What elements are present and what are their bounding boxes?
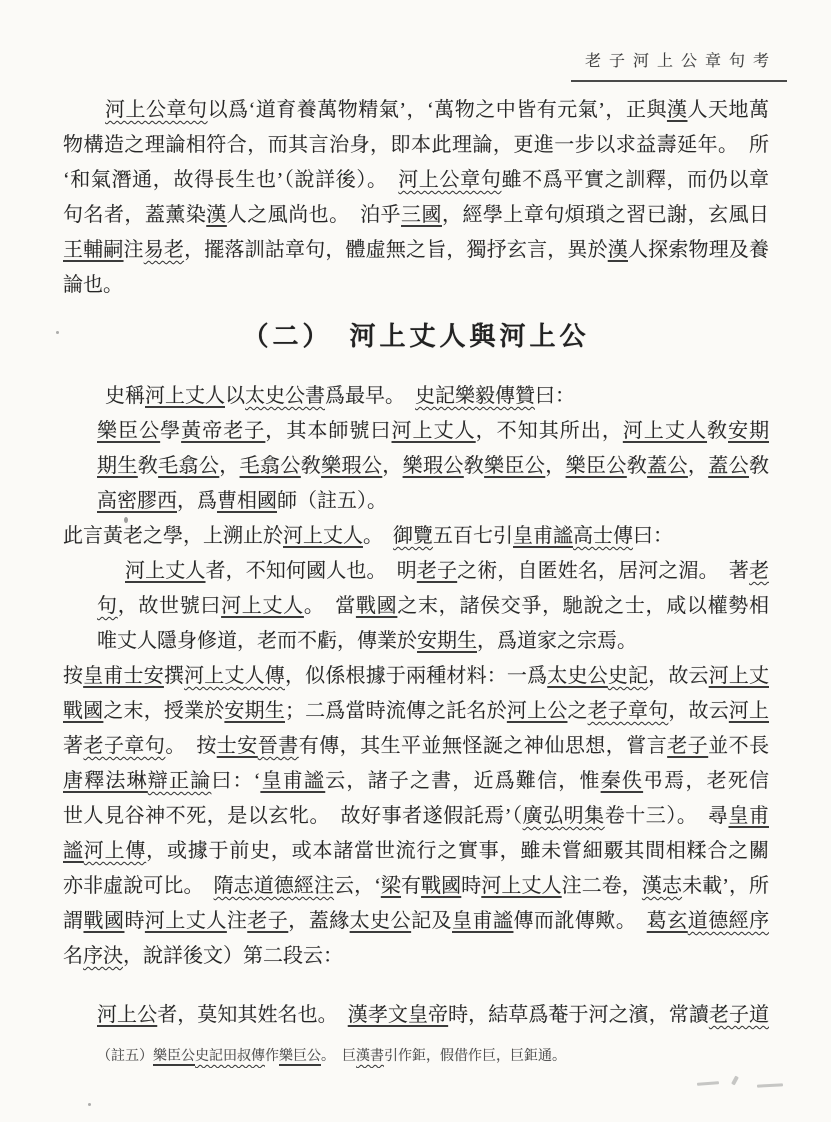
text-run: 者，莫知其姓名也。	[157, 1004, 348, 1026]
section-body: 史稱河上丈人以太史公書爲最早。 史記樂毅傳贊曰：樂臣公學黃帝老子，其本師號曰河上…	[63, 379, 769, 1033]
text-run: ，	[688, 455, 708, 477]
proper-noun-mark: 樂瑕公	[403, 455, 464, 477]
text-run: 五百七引	[433, 525, 513, 547]
proper-noun-mark: 秦佚	[601, 770, 643, 792]
proper-noun-mark: 蓋公	[708, 455, 749, 477]
running-head-title: 老子河上公章句考	[571, 48, 787, 82]
text-run: 。 按	[165, 735, 216, 757]
text-run: 唯丈人隱身修道，老而不虧，傳業於	[97, 630, 417, 652]
text-run: 亦非虛說可比。	[63, 875, 214, 897]
book-title-mark: 漢志	[642, 875, 682, 897]
text-line: ‘和氣潛通，故得長生也’（說詳後）。 河上公章句雖不爲平實之訓釋，而仍以章	[63, 163, 769, 198]
proper-noun-mark: 河上丈人	[221, 595, 304, 617]
proper-noun-mark: 皇甫謐	[513, 525, 573, 547]
text-run: 傳而訛傳歟。	[513, 910, 646, 932]
proper-noun-mark: 樂瑕公	[321, 455, 382, 477]
text-line: 唯丈人隱身修道，老而不虧，傳業於安期生，爲道家之宗焉。	[97, 624, 769, 659]
proper-noun-mark: 安期生	[417, 630, 477, 652]
proper-noun-mark: 漢孝文皇帝	[348, 1004, 448, 1026]
text-line: 期生敎毛翕公，毛翕公敎樂瑕公，樂瑕公敎樂臣公，樂臣公敎蓋公，蓋公敎於齊	[97, 449, 769, 484]
text-run: 。 當	[304, 595, 356, 617]
text-run: 按	[63, 665, 83, 687]
proper-noun-mark: 河上丈人	[481, 875, 561, 897]
text-run: 卷十三）。 尋	[605, 805, 729, 827]
text-run: 之	[567, 700, 587, 722]
book-title-mark: 高士傳	[573, 525, 633, 547]
proper-noun-mark: 皇甫謐	[260, 770, 325, 792]
book-title-mark: 廣弘明集	[523, 805, 605, 827]
proper-noun-mark: 高密膠西	[97, 490, 177, 512]
book-title-mark: 史記田叔傳	[195, 1049, 265, 1064]
book-title-mark: 易老	[144, 239, 184, 261]
scan-speck	[124, 517, 128, 523]
book-title-mark: 老子章句	[83, 735, 165, 757]
book-title-mark: 隋志道德經注	[214, 875, 334, 897]
text-run: ；二爲當時流傳之託名於	[285, 700, 507, 722]
book-title-mark: 河上公章句	[105, 99, 208, 121]
text-run: （註五）	[97, 1049, 153, 1064]
proper-noun-mark: 安期生	[224, 700, 285, 722]
text-run: 曰：	[633, 525, 673, 547]
text-run: 以	[225, 385, 245, 407]
proper-noun-mark: 王輔嗣	[63, 239, 124, 261]
proper-noun-mark: 河上丈人	[283, 525, 363, 547]
proper-noun-mark: 士安	[217, 735, 258, 757]
text-run: 爲最早。	[325, 385, 415, 407]
text-run: 作	[265, 1049, 279, 1064]
text-run: 敎	[627, 455, 647, 477]
proper-noun-mark: 樂臣公	[566, 455, 627, 477]
text-run: ‘和氣潛通，故得長生也’（說詳後）。	[63, 169, 398, 191]
text-line: （註五）樂臣公史記田叔傳作樂巨公。 巨漢書引作鉅，假借作巨，巨鉅通。	[97, 1046, 737, 1068]
text-line: 亦非虛說可比。 隋志道德經注云，‘梁有戰國時河上丈人注二卷，漢志未載’，所	[63, 869, 769, 904]
text-run: 曰：‘	[211, 770, 260, 792]
proper-noun-mark: 樂臣公	[97, 420, 160, 442]
text-run: 物構造之理論相符合，而其言治身，即本此理論，更進一步以求益壽延年。 所謂	[63, 134, 769, 163]
text-run: 引作鉅，假借作巨，巨鉅通。	[384, 1049, 566, 1064]
text-line: 謂戰國時河上丈人注老子，蓋緣太史公記及皇甫謐傳而訛傳歟。 葛玄道德經序（原	[63, 904, 769, 939]
page-body: 河上公章句以爲‘道育養萬物精氣’，‘萬物之中皆有元氣’，正與漢人天地萬物構造之理…	[63, 93, 769, 1068]
text-run: 云，諸子之書，近爲難信，惟	[325, 770, 601, 792]
text-line: 樂臣公學黃帝老子，其本師號曰河上丈人，不知其所出，河上丈人敎安期生，安	[97, 414, 769, 449]
text-run: 此言黃老之學，上溯止於	[63, 525, 283, 547]
proper-noun-mark: 樂臣公	[153, 1049, 195, 1064]
scan-speck	[88, 1103, 91, 1106]
text-line: 高密膠西，爲曹相國師（註五）。	[97, 484, 769, 519]
proper-noun-mark: 葛玄	[647, 910, 688, 932]
text-line: 河上公章句以爲‘道育養萬物精氣’，‘萬物之中皆有元氣’，正與漢人天地萬	[63, 93, 769, 128]
text-line: 史稱河上丈人以太史公書爲最早。 史記樂毅傳贊曰：	[63, 379, 769, 414]
text-run: ，似係根據于兩種材料：一爲	[285, 665, 547, 687]
proper-noun-mark: 老子	[417, 560, 457, 582]
text-run: 時	[124, 910, 144, 932]
proper-noun-mark: 戰國	[83, 910, 124, 932]
text-line: 句，故世號曰河上丈人。 當戰國之末，諸侯交爭，馳說之士，咸以權勢相傾。	[97, 589, 769, 624]
text-line: 戰國之末，授業於安期生；二爲當時流傳之託名於河上公之老子章句，故云河上丈人	[63, 694, 769, 729]
text-run: 注二卷，	[562, 875, 642, 897]
text-run: 未載’，所	[682, 875, 769, 897]
proper-noun-mark: 戰國	[356, 595, 397, 617]
book-title-mark: 河上傳	[84, 840, 146, 862]
proper-noun-mark: 梁	[381, 875, 401, 897]
text-run: 曰：	[535, 385, 575, 407]
book-title-mark: 句	[97, 595, 118, 617]
text-line: 按皇甫士安撰河上丈人傳，似係根據于兩種材料：一爲太史公史記，故云河上丈人當	[63, 659, 769, 694]
text-line: 河上丈人者，不知何國人也。 明老子之術，自匿姓名，居河之湄。 著老子章	[97, 554, 769, 589]
proper-noun-mark: 蓋公	[647, 455, 688, 477]
text-line: 王輔嗣注易老，擺落訓詁章句，體虛無之旨，獨抒玄言，異於漢人探索物理及養生之	[63, 233, 769, 268]
text-run: 之術，自匿姓名，居河之湄。 著	[457, 560, 749, 582]
text-line: 物構造之理論相符合，而其言治身，即本此理論，更進一步以求益壽延年。 所謂	[63, 128, 769, 163]
text-run: 敎	[301, 455, 321, 477]
text-run: 記及	[411, 910, 452, 932]
scan-speck	[56, 331, 59, 334]
book-title-mark: 史記樂毅傳贊	[415, 385, 535, 407]
book-title-mark: 辯正論	[148, 770, 212, 792]
text-line: 句名者，蓋薰染漢人之風尚也。 泊乎三國，經學上章句煩瑣之習已謝，玄風日暢。	[63, 198, 769, 233]
text-run: 時	[461, 875, 481, 897]
text-run: 史稱	[105, 385, 145, 407]
text-run: ，	[219, 455, 239, 477]
book-title-mark: 老子章句	[588, 700, 669, 722]
paragraph-intro: 河上公章句以爲‘道育養萬物精氣’，‘萬物之中皆有元氣’，正與漢人天地萬物構造之理…	[63, 93, 769, 303]
text-run: 。 巨	[321, 1049, 356, 1064]
proper-noun-mark: 漢	[608, 239, 628, 261]
text-run: 名	[63, 945, 83, 967]
text-run: ，	[545, 455, 565, 477]
text-run: 句名者，蓋薰染	[63, 204, 206, 226]
proper-noun-mark: 皇甫士安	[83, 665, 164, 687]
section-title: （二） 河上丈人與河上公	[63, 317, 769, 357]
proper-noun-mark: 樂臣公	[484, 455, 545, 477]
text-run: 以爲‘道育養萬物精氣’，‘萬物之中皆有元氣’，正與	[208, 99, 667, 121]
text-run: 。	[363, 525, 393, 547]
book-title-mark: 御覽	[393, 525, 433, 547]
text-run: 時，結草爲菴于河之濱，常讀	[448, 1004, 709, 1026]
proper-noun-mark: 河上丈人	[392, 420, 476, 442]
proper-noun-mark: 期生	[97, 455, 138, 477]
ink-smudge	[731, 1076, 739, 1086]
text-run: ，故云	[668, 700, 729, 722]
text-line: 世人見谷神不死，是以玄牝。 故好事者遂假託焉’（廣弘明集卷十三）。 尋皇甫	[63, 799, 769, 834]
text-run: ，故世號曰	[118, 595, 221, 617]
text-line: 唐釋法琳辯正論曰：‘皇甫謐云，諸子之書，近爲難信，惟秦佚弔焉，老死信矣。	[63, 764, 769, 799]
text-run: ，蓋緣	[288, 910, 349, 932]
proper-noun-mark: 太史公	[350, 910, 411, 932]
text-line: 著老子章句。 按士安晉書有傳，其生平並無怪誕之神仙思想，嘗言老子並不長生。	[63, 729, 769, 764]
text-run: ，	[382, 455, 402, 477]
text-run: 雖不爲平實之訓釋，而仍以章	[501, 169, 769, 191]
text-run: 敎	[464, 455, 484, 477]
text-run: 注	[124, 239, 144, 261]
text-run: 有傳，其生平並無怪誕之神仙思想，嘗言	[299, 735, 667, 757]
book-title-mark: 河上丈人傳	[184, 665, 285, 687]
text-line: 論也。	[63, 268, 769, 303]
proper-noun-mark: 河上丈人	[125, 560, 206, 582]
text-run: 敎	[138, 455, 158, 477]
proper-noun-mark: 河上丈人	[145, 385, 225, 407]
text-run: ，說詳後文）第二段云：	[123, 945, 343, 967]
scanned-book-page: 老子河上公章句考 河上公章句以爲‘道育養萬物精氣’，‘萬物之中皆有元氣’，正與漢…	[0, 0, 831, 1122]
text-run: 世人見谷神不死，是以玄牝。 故好事者遂假託焉’（	[63, 805, 523, 827]
proper-noun-mark: 河上公	[97, 1004, 157, 1026]
text-run: 有	[401, 875, 421, 897]
text-run: ，其本師號曰	[265, 420, 391, 442]
proper-noun-mark: 漢	[206, 204, 226, 226]
proper-noun-mark: 毛翕公	[158, 455, 219, 477]
text-run: 謂	[63, 910, 83, 932]
proper-noun-mark: 皇甫	[728, 805, 769, 827]
text-run: 論也。	[63, 274, 123, 296]
text-run: 人天地萬	[687, 99, 769, 121]
proper-noun-mark: 唐釋法琳	[63, 770, 148, 792]
text-run: 敎	[707, 420, 728, 442]
proper-noun-mark: 老子	[667, 735, 708, 757]
text-line: 謐河上傳，或據于前史，或本諸當世流行之實事，雖未嘗細覈其間相糅合之關係，然	[63, 834, 769, 869]
text-run: 撰	[164, 665, 184, 687]
text-run: 人之風尚也。 泊乎	[227, 204, 401, 226]
proper-noun-mark: 曹相國	[217, 490, 277, 512]
book-title-mark: 序決	[83, 945, 123, 967]
footnote-area: （註五）樂臣公史記田叔傳作樂巨公。 巨漢書引作鉅，假借作巨，巨鉅通。	[63, 1046, 769, 1068]
text-line: 河上公者，莫知其姓名也。 漢孝文皇帝時，結草爲菴于河之濱，常讀老子道德	[97, 998, 769, 1033]
book-title-mark: 漢書	[356, 1049, 384, 1064]
proper-noun-mark: 三國	[401, 204, 442, 226]
text-run: ，爲道家之宗焉。	[477, 630, 637, 652]
text-run: ，爲	[177, 490, 217, 512]
text-line: 名序決，說詳後文）第二段云：	[63, 939, 769, 974]
text-run: ，故云	[648, 665, 709, 687]
proper-noun-mark: 戰國	[63, 700, 103, 722]
text-run: ，擺落訓詁章句，體虛無之旨，獨抒玄言，異於	[184, 239, 608, 261]
text-line: 此言黃老之學，上溯止於河上丈人。 御覽五百七引皇甫謐高士傳曰：	[63, 519, 769, 554]
text-run: 注	[227, 910, 247, 932]
book-title-mark: 史記	[608, 665, 648, 687]
ink-smudge	[697, 1081, 719, 1086]
proper-noun-mark: 河上丈人	[145, 910, 227, 932]
text-run: ，或據于前史，或本諸當世流行之實事，雖未嘗細覈其間相糅合之關係，然	[63, 840, 769, 869]
text-run: 之末，授業於	[103, 700, 224, 722]
proper-noun-mark: 老子	[247, 910, 288, 932]
book-title-mark: 太史公書	[245, 385, 325, 407]
proper-noun-mark: 太史公	[547, 665, 608, 687]
proper-noun-mark: 河上公	[507, 700, 568, 722]
proper-noun-mark: 河上丈人	[623, 420, 707, 442]
text-run: 者，不知何國人也。 明	[206, 560, 417, 582]
proper-noun-mark: 皇甫謐	[452, 910, 513, 932]
book-title-mark: 河上公章句	[398, 169, 501, 191]
book-title-mark: 晉書	[258, 735, 299, 757]
text-run: ，不知其所出，	[476, 420, 623, 442]
ink-smudge	[757, 1083, 783, 1087]
proper-noun-mark: 謐	[63, 840, 84, 862]
text-run: 師（註五）。	[277, 490, 387, 512]
proper-noun-mark: 黃帝老子	[181, 420, 265, 442]
text-run: 云，‘	[334, 875, 381, 897]
proper-noun-mark: 樂巨公	[279, 1049, 321, 1064]
proper-noun-mark: 漢	[667, 99, 688, 121]
text-run: 著	[63, 735, 83, 757]
proper-noun-mark: 毛翕公	[240, 455, 301, 477]
book-title-mark: 道德經序	[688, 910, 769, 932]
proper-noun-mark: 戰國	[421, 875, 461, 897]
text-run: 學	[160, 420, 181, 442]
